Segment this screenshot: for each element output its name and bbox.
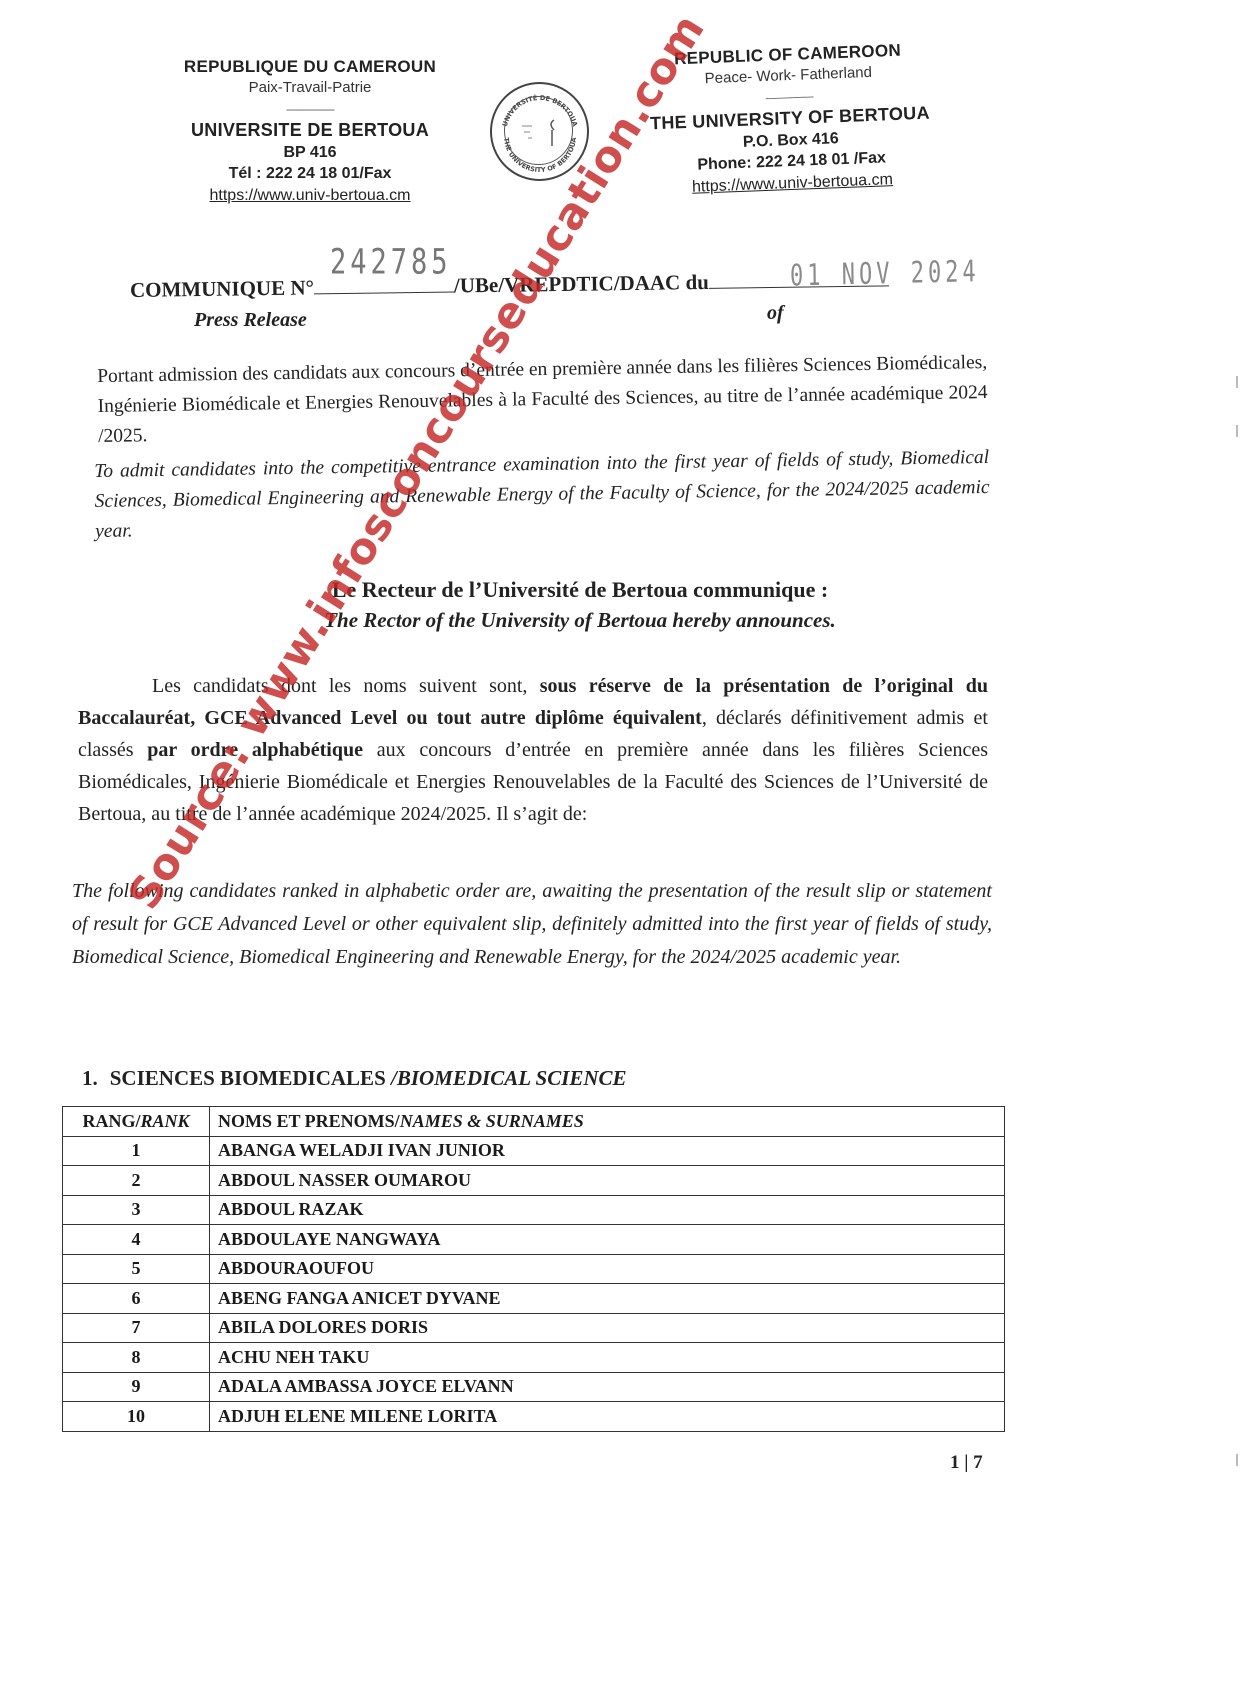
admitted-candidates-table: RANG/RANK NOMS ET PRENOMS/NAMES & SURNAM… <box>62 1106 1005 1432</box>
intro-french: Portant admission des candidats aux conc… <box>97 348 988 452</box>
intro-english: To admit candidates into the competitive… <box>94 443 990 547</box>
name-cell: ABDOURAOUFOU <box>210 1254 1005 1284</box>
section-title-fr: SCIENCES BIOMEDICALES <box>110 1066 391 1090</box>
table-row: 2ABDOUL NASSER OUMAROU <box>63 1166 1005 1196</box>
communique-reference-line: COMMUNIQUE N°/UBe/VREPDTIC/DAAC du <box>130 267 889 303</box>
scan-mark <box>1236 1454 1238 1466</box>
header-left-block: REPUBLIQUE DU CAMEROUN Paix-Travail-Patr… <box>160 57 460 205</box>
section-title-en: /BIOMEDICAL SCIENCE <box>391 1066 627 1090</box>
rank-cell: 7 <box>63 1313 210 1343</box>
table-row: 3ABDOUL RAZAK <box>63 1195 1005 1225</box>
phone-fr: Tél : 222 24 18 01/Fax <box>160 165 460 183</box>
name-cell: ABDOUL NASSER OUMAROU <box>210 1166 1005 1196</box>
body-french: Les candidats dont les noms suivent sont… <box>78 670 988 830</box>
table-row: 8ACHU NEH TAKU <box>63 1343 1005 1373</box>
of-label: of <box>767 302 784 325</box>
communique-reference: /UBe/VREPDTIC/DAAC du <box>454 270 709 298</box>
rank-cell: 1 <box>63 1136 210 1166</box>
body-fr-text-1: Les candidats dont les noms suivent sont… <box>152 675 540 697</box>
name-cell: ADJUH ELENE MILENE LORITA <box>210 1402 1005 1432</box>
rank-column-header: RANG/RANK <box>63 1107 210 1137</box>
rank-cell: 3 <box>63 1195 210 1225</box>
page-number: 1 | 7 <box>950 1452 983 1474</box>
table-row: 1ABANGA WELADJI IVAN JUNIOR <box>63 1136 1005 1166</box>
name-cell: ABDOUL RAZAK <box>210 1195 1005 1225</box>
announcement-title-fr: Le Recteur de l’Université de Bertoua co… <box>0 577 1160 603</box>
name-cell: ACHU NEH TAKU <box>210 1343 1005 1373</box>
university-name-fr: UNIVERSITE DE BERTOUA <box>160 120 460 141</box>
table-row: 9ADALA AMBASSA JOYCE ELVANN <box>63 1372 1005 1402</box>
name-cell: ADALA AMBASSA JOYCE ELVANN <box>210 1372 1005 1402</box>
rank-cell: 4 <box>63 1225 210 1255</box>
names-column-header: NOMS ET PRENOMS/NAMES & SURNAMES <box>210 1107 1005 1137</box>
press-release-label: Press Release <box>194 309 307 332</box>
rank-cell: 5 <box>63 1254 210 1284</box>
motto-fr: Paix-Travail-Patrie <box>160 79 460 96</box>
scan-mark <box>1236 425 1238 437</box>
rank-cell: 10 <box>63 1402 210 1432</box>
country-name-fr: REPUBLIQUE DU CAMEROUN <box>160 57 460 77</box>
name-cell: ABENG FANGA ANICET DYVANE <box>210 1284 1005 1314</box>
date-blank <box>709 285 889 289</box>
table-header-row: RANG/RANK NOMS ET PRENOMS/NAMES & SURNAM… <box>63 1107 1005 1137</box>
rank-cell: 8 <box>63 1343 210 1373</box>
svg-text:THE UNIVERSITY OF BERTOUA: THE UNIVERSITY OF BERTOUA <box>502 137 578 174</box>
separator: ---------------- <box>160 102 460 116</box>
body-english: The following candidates ranked in alpha… <box>72 875 992 974</box>
name-cell: ABDOULAYE NANGWAYA <box>210 1225 1005 1255</box>
university-seal-icon: UNIVERSITÉ DE BERTOUA THE UNIVERSITY OF … <box>490 82 589 181</box>
communique-prefix: COMMUNIQUE N° <box>130 275 314 302</box>
section-heading: 1.SCIENCES BIOMEDICALES /BIOMEDICAL SCIE… <box>82 1066 627 1091</box>
table-row: 10ADJUH ELENE MILENE LORITA <box>63 1402 1005 1432</box>
number-blank <box>314 291 454 294</box>
table-row: 6ABENG FANGA ANICET DYVANE <box>63 1284 1005 1314</box>
body-fr-bold-2: par ordre alphabétique <box>147 739 363 761</box>
scan-mark <box>1236 376 1238 388</box>
website-link-fr[interactable]: https://www.univ-bertoua.cm <box>160 187 460 205</box>
announcement-title-en: The Rector of the University of Bertoua … <box>0 608 1160 633</box>
header-right-block: REPUBLIC OF CAMEROON Peace- Work- Father… <box>637 39 942 198</box>
rank-cell: 2 <box>63 1166 210 1196</box>
name-cell: ABILA DOLORES DORIS <box>210 1313 1005 1343</box>
rank-cell: 6 <box>63 1284 210 1314</box>
svg-text:UNIVERSITÉ DE BERTOUA: UNIVERSITÉ DE BERTOUA <box>501 93 579 127</box>
table-row: 5ABDOURAOUFOU <box>63 1254 1005 1284</box>
name-cell: ABANGA WELADJI IVAN JUNIOR <box>210 1136 1005 1166</box>
rank-cell: 9 <box>63 1372 210 1402</box>
table-row: 4ABDOULAYE NANGWAYA <box>63 1225 1005 1255</box>
section-number: 1. <box>82 1066 98 1090</box>
table-row: 7ABILA DOLORES DORIS <box>63 1313 1005 1343</box>
po-box-fr: BP 416 <box>160 144 460 162</box>
